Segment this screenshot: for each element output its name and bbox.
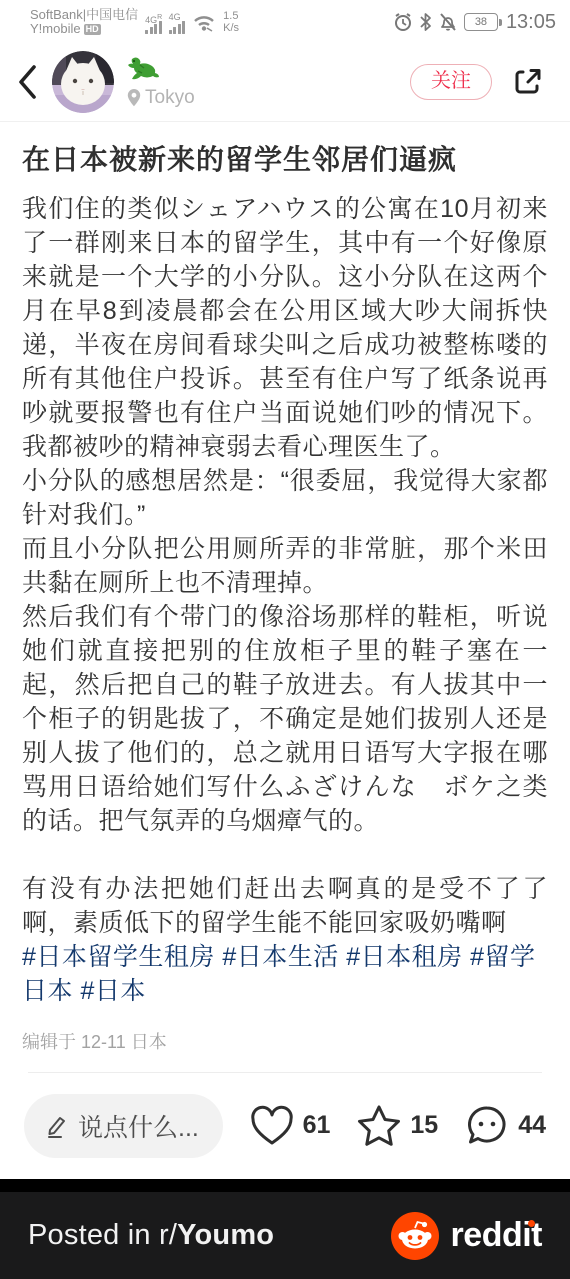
posted-in-prefix: Posted in r/ <box>28 1219 177 1251</box>
status-left: SoftBank|中国电信 Y!mobile HD 4GR 4G <box>30 8 239 36</box>
reddit-brand: reddit <box>391 1212 542 1260</box>
signal-group-2: 4G <box>169 11 186 34</box>
status-right: 38 13:05 <box>393 11 556 34</box>
collect-count: 15 <box>410 1111 438 1140</box>
wifi-icon <box>192 12 216 32</box>
follow-button[interactable]: 关注 <box>410 64 492 100</box>
carrier-labels: SoftBank|中国电信 Y!mobile HD <box>30 8 138 36</box>
signal-group-1: 4GR <box>145 11 162 34</box>
comment-bubble-icon <box>464 1104 510 1148</box>
carrier-line2: Y!mobile <box>30 22 81 36</box>
comment-input[interactable]: 说点什么... <box>24 1094 223 1158</box>
share-icon <box>510 64 546 100</box>
paragraph: 有没有办法把她们赶出去啊真的是受不了了啊，素质低下的留学生能不能回家吸奶嘴啊 <box>22 872 548 940</box>
collect-button[interactable]: 15 <box>356 1104 438 1148</box>
reddit-footer: Posted in r/Youmo reddit <box>0 1192 570 1279</box>
hashtag-link[interactable]: #日本 <box>80 977 145 1005</box>
pencil-icon <box>42 1113 68 1139</box>
hd-badge: HD <box>84 24 101 35</box>
post-title: 在日本被新来的留学生邻居们逼疯 <box>22 138 548 178</box>
star-icon <box>356 1104 402 1148</box>
location-pin-icon <box>126 88 142 108</box>
paragraph: 小分队的感想居然是：“很委屈，我觉得大家都针对我们。” <box>22 464 548 532</box>
screenshot-root: SoftBank|中国电信 Y!mobile HD 4GR 4G <box>0 0 570 1279</box>
location-label: Tokyo <box>145 87 195 109</box>
share-button[interactable] <box>510 64 546 100</box>
mute-bell-icon <box>438 12 458 32</box>
subreddit-name[interactable]: Youmo <box>177 1219 274 1251</box>
hashtag-row: #日本留学生租房 #日本生活 #日本租房 #留学日本 #日本 <box>22 940 548 1008</box>
hashtag-link[interactable]: #日本生活 <box>222 943 338 971</box>
comments-button[interactable]: 44 <box>464 1104 546 1148</box>
user-info[interactable]: Tokyo <box>126 54 195 109</box>
reddit-wordmark: reddit <box>451 1216 542 1255</box>
battery-icon: 38 <box>464 13 498 31</box>
hashtag-link[interactable]: #日本租房 <box>346 943 462 971</box>
post-header: Tokyo 关注 <box>0 42 570 122</box>
heart-icon <box>249 1105 295 1147</box>
location-row: Tokyo <box>126 87 195 109</box>
cat-avatar-image <box>52 51 114 113</box>
signal-bars-icon <box>169 21 186 34</box>
status-bar: SoftBank|中国电信 Y!mobile HD 4GR 4G <box>0 0 570 42</box>
paragraph: 然后我们有个带门的像浴场那样的鞋柜，听说她们就直接把别的住放柜子里的鞋子塞在一起… <box>22 600 548 838</box>
comment-placeholder: 说点什么... <box>78 1108 199 1144</box>
alarm-icon <box>393 12 413 32</box>
reddit-i-dot <box>528 1220 535 1227</box>
posted-in-label[interactable]: Posted in r/Youmo <box>28 1219 274 1252</box>
lizard-emoji-username-icon <box>126 54 195 84</box>
paragraph: 而且小分队把公用厕所弄的非常脏，那个米田共黏在厕所上也不清理掉。 <box>22 532 548 600</box>
avatar[interactable] <box>52 51 114 113</box>
bluetooth-icon <box>419 12 432 32</box>
post-body: 我们住的类似シェアハウス的公寓在10月初来了一群刚来日本的留学生，其中有一个好像… <box>22 192 548 940</box>
chevron-left-icon <box>16 64 38 100</box>
edited-timestamp: 编辑于 12-11 日本 <box>22 1028 548 1054</box>
carrier-line1: SoftBank|中国电信 <box>30 8 138 22</box>
paragraph: 我们住的类似シェアハウス的公寓在10月初来了一群刚来日本的留学生，其中有一个好像… <box>22 192 548 464</box>
like-count: 61 <box>303 1111 331 1140</box>
like-button[interactable]: 61 <box>249 1105 331 1147</box>
comments-count: 44 <box>518 1111 546 1140</box>
network-speed: 1.5 K/s <box>223 10 239 34</box>
reddit-logo-icon <box>391 1212 439 1260</box>
back-button[interactable] <box>16 62 50 102</box>
clock-time: 13:05 <box>506 11 556 34</box>
hashtag-link[interactable]: #日本留学生租房 <box>22 943 215 971</box>
post-content: 在日本被新来的留学生邻居们逼疯 我们住的类似シェアハウス的公寓在10月初来了一群… <box>0 122 570 1072</box>
action-bar: 说点什么... 61 15 44 <box>0 1072 570 1179</box>
screenshot-bottom-strip <box>0 1179 570 1192</box>
